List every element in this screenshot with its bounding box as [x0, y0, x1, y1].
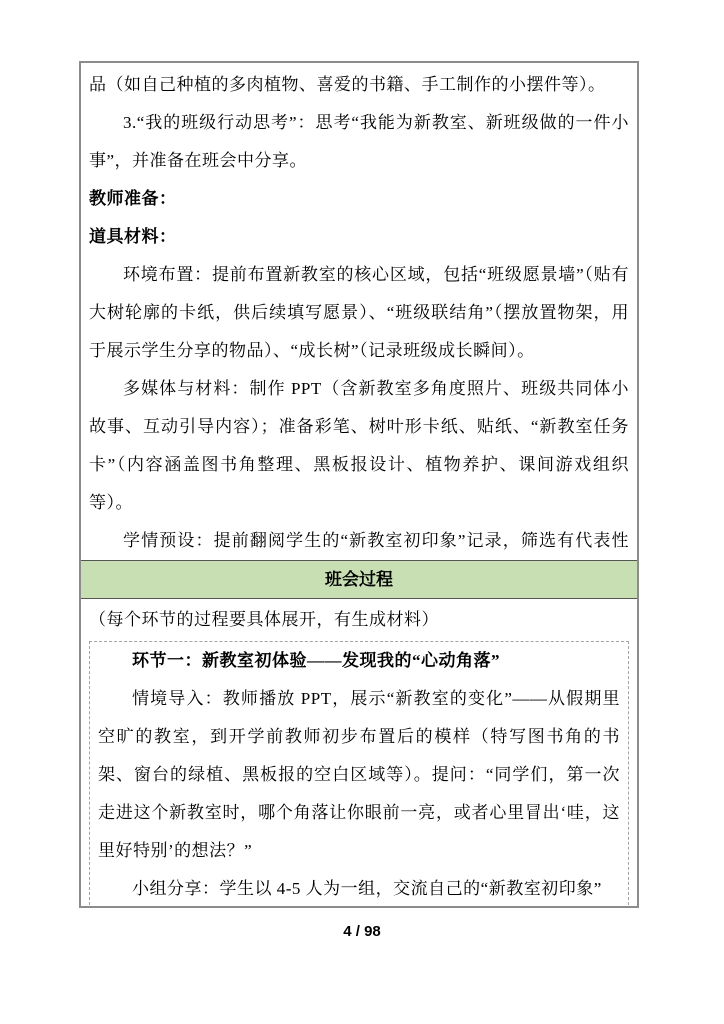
paragraph-scenario-introduction: 情境导入：教师播放 PPT，展示“新教室的变化”——从假期里空旷的教室，到开学前… — [98, 680, 620, 870]
paragraph-action-thinking: 3.“我的班级行动思考”：思考“我能为新教室、新班级做的一件小事”，并准备在班会… — [89, 104, 629, 180]
page-number: 4 / 98 — [0, 923, 724, 940]
paragraph-items-continued: 品（如自己种植的多肉植物、喜爱的书籍、手工制作的小摆件等）。 — [89, 66, 629, 104]
process-section: （每个环节的过程要具体展开，有生成材料） 环节一：新教室初体验——发现我的“心动… — [81, 599, 637, 906]
paragraph-group-sharing: 小组分享：学生以 4-5 人为一组，交流自己的“新教室初印象” — [98, 870, 620, 905]
label-teacher-preparation: 教师准备： — [89, 180, 629, 218]
document-page: 品（如自己种植的多肉植物、喜爱的书籍、手工制作的小摆件等）。 3.“我的班级行动… — [0, 0, 724, 1024]
paragraph-multimedia-materials: 多媒体与材料：制作 PPT（含新教室多角度照片、班级共同体小故事、互动引导内容）… — [89, 370, 629, 522]
stage-one-box: 环节一：新教室初体验——发现我的“心动角落” 情境导入：教师播放 PPT，展示“… — [89, 641, 629, 905]
preparation-section: 品（如自己种植的多肉植物、喜爱的书籍、手工制作的小摆件等）。 3.“我的班级行动… — [81, 63, 637, 560]
process-header-title: 班会过程 — [325, 570, 393, 589]
process-note: （每个环节的过程要具体展开，有生成材料） — [89, 599, 629, 640]
paragraph-environment-setup: 环境布置：提前布置新教室的核心区域，包括“班级愿景墙”（贴有大树轮廓的卡纸，供后… — [89, 256, 629, 370]
label-prop-materials: 道具材料： — [89, 218, 629, 256]
stage-one-heading: 环节一：新教室初体验——发现我的“心动角落” — [98, 642, 620, 680]
process-header-row: 班会过程 — [81, 560, 637, 599]
lesson-plan-table: 品（如自己种植的多肉植物、喜爱的书籍、手工制作的小摆件等）。 3.“我的班级行动… — [79, 61, 639, 908]
paragraph-learning-prediction: 学情预设：提前翻阅学生的“新教室初印象”记录，筛选有代表性的内容（如聚焦同一角落… — [89, 522, 629, 560]
